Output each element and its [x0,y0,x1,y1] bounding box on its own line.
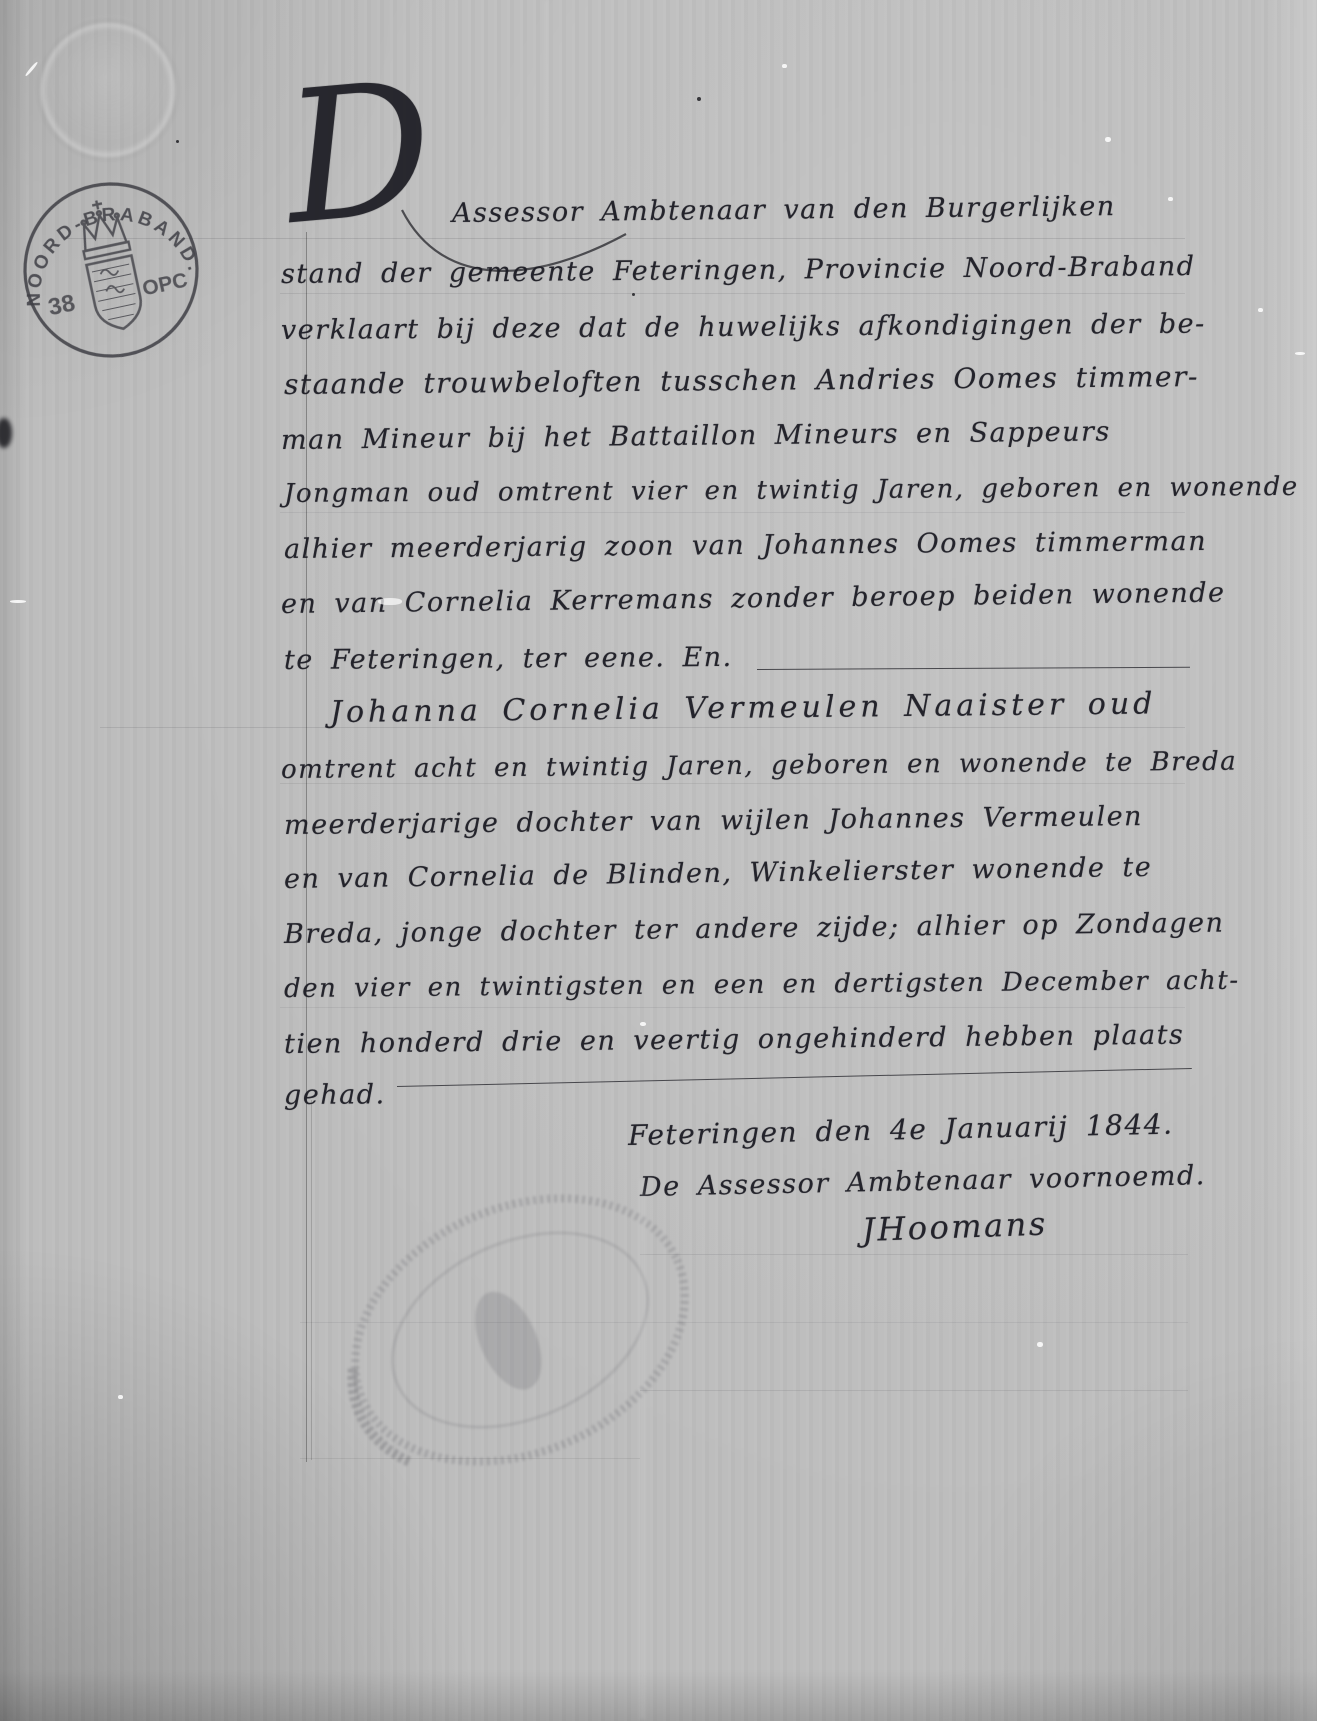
dark-speck [176,140,179,143]
scratch [1295,352,1305,355]
document-line-13: en van Cornelia de Blinden, Winkelierste… [284,854,1153,893]
place-date-line: Feteringen den 4e Januarij 1844. [628,1111,1174,1150]
filler-rule [757,667,1190,670]
guideline [300,1458,640,1459]
document-line-11: omtrent acht en twintig Jaren, geboren e… [281,749,1237,783]
document-line-15: den vier en twintigsten en een en dertig… [284,968,1240,1002]
left-margin-line-2 [311,1100,312,1460]
document-line-7: alhier meerderjarig zoon van Johannes Oo… [284,528,1207,563]
left-margin-line [306,232,307,1462]
guideline [100,727,1185,728]
speck [782,64,787,68]
document-line-10: Johanna Cornelia Vermeulen Naaister oud [330,689,1157,728]
dark-speck [632,293,635,296]
embossed-seal [28,8,188,172]
document-line-3: verklaart bij deze dat de huwelijks afko… [281,311,1206,344]
light-streak [641,1180,644,1720]
stamp-value-right: OPC [140,269,189,301]
dark-speck [697,97,701,101]
lion-shield-icon [86,255,146,333]
faint-stamp-dense-arc [341,1361,409,1472]
faint-oval-stamp [261,1101,780,1559]
document-line-6: Jongman oud omtrent vier en twintig Jare… [284,474,1299,507]
light-streak [545,0,547,300]
guideline [280,512,1185,513]
document-line-4: staande trouwbeloften tusschen Andries O… [284,363,1199,399]
speck [1258,308,1263,312]
stamp-value-left: 38 [46,290,78,322]
speck [640,1022,646,1026]
signature: JHoomans [861,1208,1048,1246]
speck [1105,137,1111,142]
guideline [300,1322,1188,1323]
revenue-stamp: NOORD-BRABAND. 38 OPC [0,155,222,385]
document-line-2: stand der gemeente Feteringen, Provincie… [281,253,1196,288]
officiant-line: De Assessor Ambtenaar voornoemd. [640,1162,1206,1201]
speck [378,598,402,605]
document-line-17: gehad. [284,1081,386,1109]
speck [1168,197,1173,201]
document-line-12: meerderjarige dochter van wijlen Johanne… [284,803,1143,839]
scanned-document-page: NOORD-BRABAND. 38 OPC D [0,0,1317,1721]
faint-stamp-blob [462,1282,555,1400]
guideline [280,1007,1185,1008]
speck [1037,1342,1043,1347]
filler-rule [397,1068,1192,1087]
speck [118,1395,123,1399]
document-line-1: Assessor Ambtenaar van den Burgerlijken [452,193,1116,227]
document-line-8: en van Cornelia Kerremans zonder beroep … [281,579,1226,618]
document-line-5: man Mineur bij het Battaillon Mineurs en… [281,418,1111,454]
document-line-16: tien honderd drie en veertig ongehinderd… [284,1022,1185,1058]
document-line-9: te Feteringen, ter eene. En. [284,644,733,674]
guideline [640,1254,1188,1255]
guideline [640,1390,1188,1391]
scratch [10,600,26,603]
document-line-14: Breda, jonge dochter ter andere zijde; a… [284,910,1225,948]
edge-blotch [0,418,12,448]
